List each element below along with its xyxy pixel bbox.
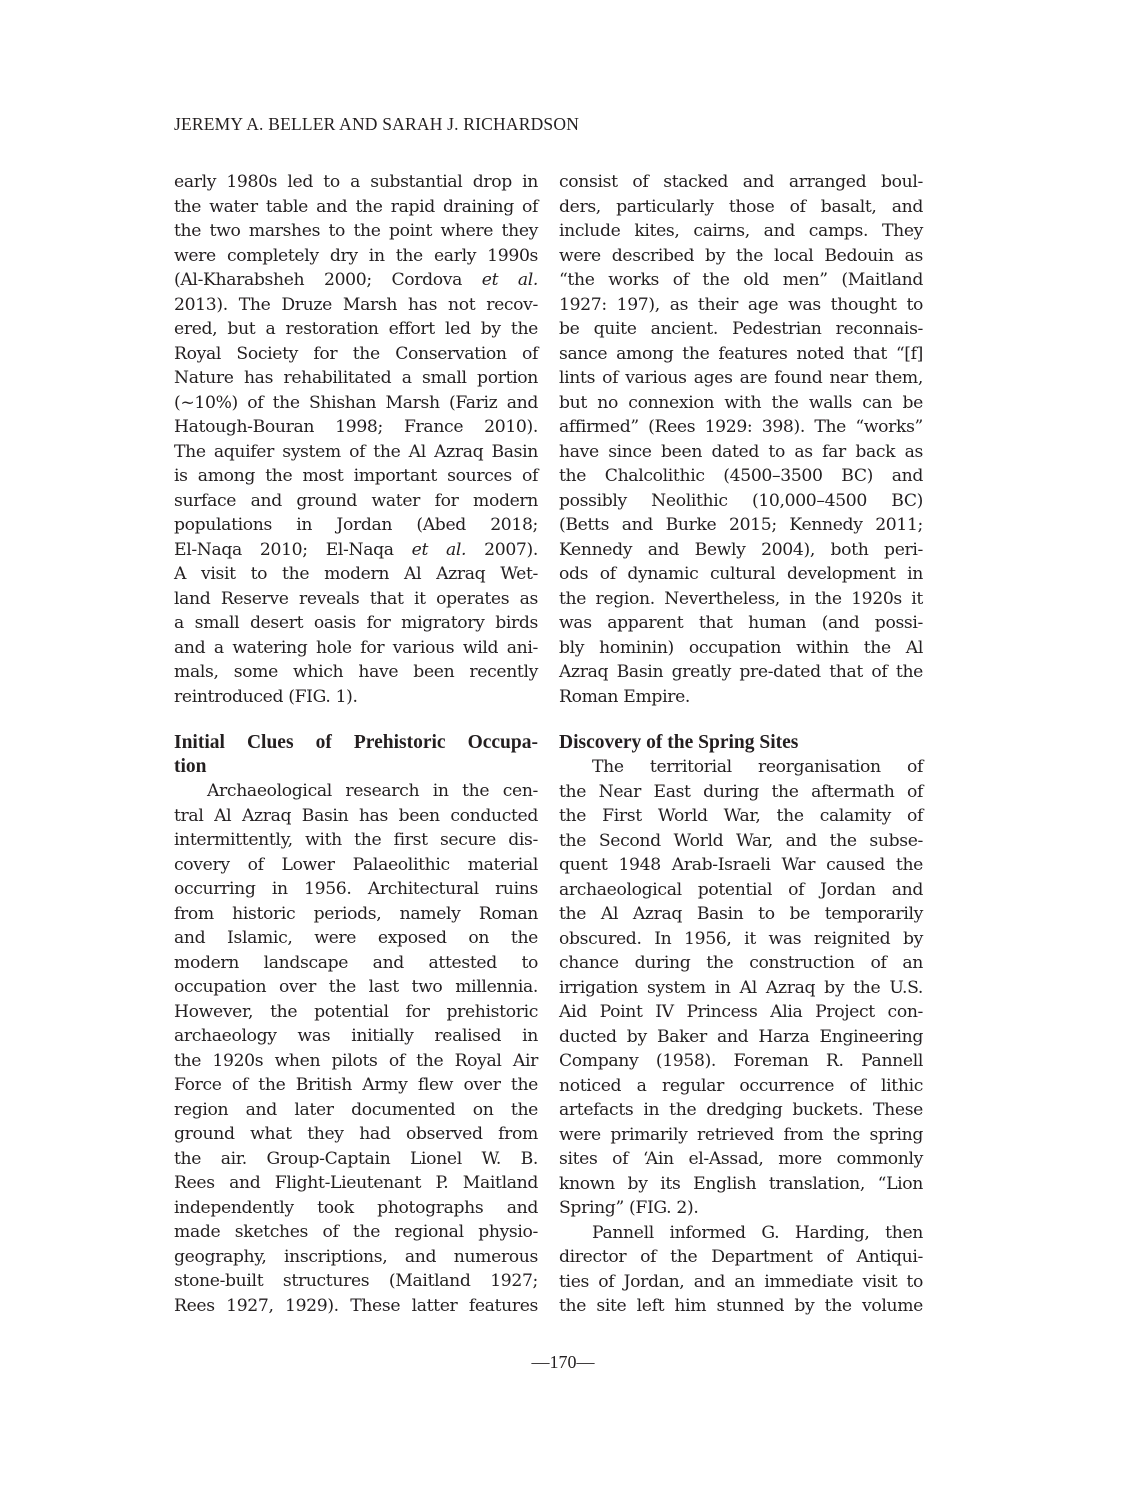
- section-heading-discovery: Discovery of the Spring Sites: [559, 731, 923, 755]
- section-heading-initial-clues: Initial Clues of Prehistoric Occupa- tio…: [174, 731, 538, 779]
- paragraph-stone-structures: consist of stacked and arranged boul- de…: [559, 170, 923, 709]
- text-line: possibly Neolithic (10,000–4500 BC): [559, 489, 923, 514]
- paragraph-archaeological-research: Archaeological research in the cen- tral…: [174, 779, 538, 1318]
- text-line: Company (1958). Foreman R. Pannell: [559, 1049, 923, 1074]
- text-line: the 1920s when pilots of the Royal Air: [174, 1049, 538, 1074]
- text-line: Kennedy and Bewly 2004), both peri-: [559, 538, 923, 563]
- text-line: sance among the features noted that “[f]: [559, 342, 923, 367]
- text-line: be quite ancient. Pedestrian reconnais-: [559, 317, 923, 342]
- text-line: known by its English translation, “Lion: [559, 1172, 923, 1197]
- text-line: made sketches of the regional physio-: [174, 1220, 538, 1245]
- section-gap: [174, 709, 538, 731]
- italic-et-al: et al.: [412, 540, 467, 560]
- text-line: “the works of the old men” (Maitland: [559, 268, 923, 293]
- text-line: noticed a regular occurrence of lithic: [559, 1074, 923, 1099]
- text-line: Pannell informed G. Harding, then: [559, 1221, 923, 1246]
- text-line: sites of ‘Ain el-Assad, more commonly: [559, 1147, 923, 1172]
- text-line: the two marshes to the point where they: [174, 219, 538, 244]
- heading-line: Discovery of the Spring Sites: [559, 731, 923, 755]
- text-line: obscured. In 1956, it was reignited by: [559, 927, 923, 952]
- text-line: were completely dry in the early 1990s: [174, 244, 538, 269]
- text-line: was apparent that human (and possi-: [559, 611, 923, 636]
- text-line: consist of stacked and arranged boul-: [559, 170, 923, 195]
- text-line: were primarily retrieved from the spring: [559, 1123, 923, 1148]
- text-line: early 1980s led to a substantial drop in: [174, 170, 538, 195]
- text-line: 2013). The Druze Marsh has not recov-: [174, 293, 538, 318]
- text-line: occupation over the last two millennia.: [174, 975, 538, 1000]
- text-line: geography, inscriptions, and numerous: [174, 1245, 538, 1270]
- text-line: ods of dynamic cultural development in: [559, 562, 923, 587]
- text-line: ered, but a restoration effort led by th…: [174, 317, 538, 342]
- text-line: independently took photographs and: [174, 1196, 538, 1221]
- text-line: occurring in 1956. Architectural ruins: [174, 877, 538, 902]
- text-line: the water table and the rapid draining o…: [174, 195, 538, 220]
- text-line: the Al Azraq Basin to be temporarily: [559, 902, 923, 927]
- text-line: the Second World War, and the subse-: [559, 829, 923, 854]
- text-line: chance during the construction of an: [559, 951, 923, 976]
- text-line: the Chalcolithic (4500–3500 BC) and: [559, 464, 923, 489]
- text-line: ders, particularly those of basalt, and: [559, 195, 923, 220]
- text-line: (Betts and Burke 2015; Kennedy 2011;: [559, 513, 923, 538]
- text-line: artefacts in the dredging buckets. These: [559, 1098, 923, 1123]
- text-line: quent 1948 Arab-Israeli War caused the: [559, 853, 923, 878]
- text-line: affirmed” (Rees 1929: 398). The “works”: [559, 415, 923, 440]
- page-number: —170—: [0, 1352, 1126, 1373]
- left-column: early 1980s led to a substantial drop in…: [174, 170, 538, 1318]
- text-line: the region. Nevertheless, in the 1920s i…: [559, 587, 923, 612]
- text-line: ground what they had observed from: [174, 1122, 538, 1147]
- text-line: the site left him stunned by the volume: [559, 1294, 923, 1319]
- text-line: lints of various ages are found near the…: [559, 366, 923, 391]
- section-gap: [559, 709, 923, 731]
- text-line: Nature has rehabilitated a small portion: [174, 366, 538, 391]
- text-line: but no connexion with the walls can be: [559, 391, 923, 416]
- text-line: ties of Jordan, and an immediate visit t…: [559, 1270, 923, 1295]
- text-line: The territorial reorganisation of: [559, 755, 923, 780]
- text-line: tral Al Azraq Basin has been conducted: [174, 804, 538, 829]
- text-line: Rees and Flight-Lieutenant P. Maitland: [174, 1171, 538, 1196]
- text-line: covery of Lower Palaeolithic material: [174, 853, 538, 878]
- text-line: The aquifer system of the Al Azraq Basin: [174, 440, 538, 465]
- text-line: stone-built structures (Maitland 1927;: [174, 1269, 538, 1294]
- text-line: Spring” (FIG. 2).: [559, 1196, 923, 1221]
- text-line: the Near East during the aftermath of: [559, 780, 923, 805]
- text-line: A visit to the modern Al Azraq Wet-: [174, 562, 538, 587]
- paragraph-marsh-drainage: early 1980s led to a substantial drop in…: [174, 170, 538, 709]
- text-line: Roman Empire.: [559, 685, 923, 710]
- text-line: and Islamic, were exposed on the: [174, 926, 538, 951]
- text-line: populations in Jordan (Abed 2018;: [174, 513, 538, 538]
- text-line: (Al-Kharabsheh 2000; Cordova et al.: [174, 268, 538, 293]
- text-line: Hatough-Bouran 1998; France 2010).: [174, 415, 538, 440]
- paragraph-territorial-reorganisation: The territorial reorganisation of the Ne…: [559, 755, 923, 1221]
- text-line: Azraq Basin greatly pre-dated that of th…: [559, 660, 923, 685]
- right-column: consist of stacked and arranged boul- de…: [559, 170, 923, 1319]
- text-line: is among the most important sources of: [174, 464, 538, 489]
- text-line: were described by the local Bedouin as: [559, 244, 923, 269]
- text-line: and a watering hole for various wild ani…: [174, 636, 538, 661]
- text-line: Archaeological research in the cen-: [174, 779, 538, 804]
- text-line: bly hominin) occupation within the Al: [559, 636, 923, 661]
- text-line: archaeology was initially realised in: [174, 1024, 538, 1049]
- text-line: reintroduced (FIG. 1).: [174, 685, 538, 710]
- heading-line: Initial Clues of Prehistoric Occupa-: [174, 731, 538, 755]
- text-line: However, the potential for prehistoric: [174, 1000, 538, 1025]
- text-line: from historic periods, namely Roman: [174, 902, 538, 927]
- text-line: (~10%) of the Shishan Marsh (Fariz and: [174, 391, 538, 416]
- text-line: modern landscape and attested to: [174, 951, 538, 976]
- text-line: surface and ground water for modern: [174, 489, 538, 514]
- text-line: mals, some which have been recently: [174, 660, 538, 685]
- running-head: JEREMY A. BELLER AND SARAH J. RICHARDSON: [174, 114, 579, 135]
- text-line: 1927: 197), as their age was thought to: [559, 293, 923, 318]
- text-line: a small desert oasis for migratory birds: [174, 611, 538, 636]
- text-line: El-Naqa 2010; El-Naqa et al. 2007).: [174, 538, 538, 563]
- text-line: include kites, cairns, and camps. They: [559, 219, 923, 244]
- text-line: archaeological potential of Jordan and: [559, 878, 923, 903]
- text-line: director of the Department of Antiqui-: [559, 1245, 923, 1270]
- text-line: the First World War, the calamity of: [559, 804, 923, 829]
- paragraph-pannell-harding: Pannell informed G. Harding, then direct…: [559, 1221, 923, 1319]
- text-line: Rees 1927, 1929). These latter features: [174, 1294, 538, 1319]
- text-line: land Reserve reveals that it operates as: [174, 587, 538, 612]
- text-line: region and later documented on the: [174, 1098, 538, 1123]
- text-line: ducted by Baker and Harza Engineering: [559, 1025, 923, 1050]
- text-line: Force of the British Army flew over the: [174, 1073, 538, 1098]
- text-line: the air. Group-Captain Lionel W. B.: [174, 1147, 538, 1172]
- text-line: Royal Society for the Conservation of: [174, 342, 538, 367]
- text-line: irrigation system in Al Azraq by the U.S…: [559, 976, 923, 1001]
- heading-line: tion: [174, 755, 538, 779]
- italic-et-al: et al.: [482, 270, 538, 290]
- text-line: have since been dated to as far back as: [559, 440, 923, 465]
- text-line: intermittently, with the first secure di…: [174, 828, 538, 853]
- text-line: Aid Point IV Princess Alia Project con-: [559, 1000, 923, 1025]
